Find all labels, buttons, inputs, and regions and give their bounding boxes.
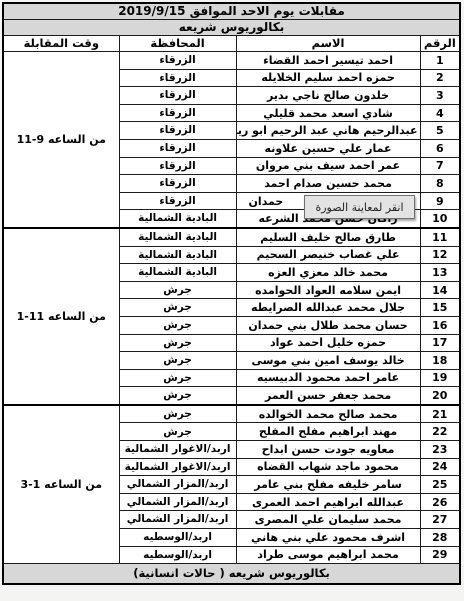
interview-schedule-table: مقابلات يوم الاحد الموافق 2019/9/15 بكال… — [2, 2, 461, 585]
applicant-name: محمد جعفر حسن العمر — [236, 387, 420, 405]
governorate: جرش — [119, 334, 236, 352]
row-number: 6 — [420, 139, 460, 157]
governorate: البادية الشمالية — [119, 246, 236, 264]
governorate: الزرقاء — [119, 87, 236, 105]
governorate: جرش — [119, 423, 236, 441]
time-slot: من الساعه 1‎-‎11 — [3, 228, 119, 405]
column-header-number: الرقم — [420, 36, 460, 52]
document-subtitle: بكالوريوس شريعه — [3, 20, 460, 36]
applicant-name: حمزه خليل احمد عواد — [236, 334, 420, 352]
governorate: جرش — [119, 299, 236, 317]
time-slot: من الساعه 3‎-‎1 — [3, 405, 119, 564]
row-number: 25 — [420, 476, 460, 494]
row-number: 29 — [420, 546, 460, 564]
governorate: جرش — [119, 405, 236, 423]
governorate: البادية الشمالية — [119, 210, 236, 228]
applicant-name: اشرف محمود علي بني هاني — [236, 529, 420, 547]
image-preview-tooltip: انقر لمعاينة الصورة — [304, 195, 415, 219]
applicant-name: عمار علي حسين علاونه — [236, 139, 420, 157]
applicant-name: عبدالرحيم هاني عبد الرحيم ابو ريده — [236, 122, 420, 140]
row-number: 2 — [420, 69, 460, 87]
governorate: الزرقاء — [119, 157, 236, 175]
row-number: 10 — [420, 210, 460, 228]
row-number: 26 — [420, 493, 460, 511]
table-row: 1احمد تيسير احمد القضاءالزرقاءمن الساعه … — [3, 52, 460, 70]
governorate: الزرقاء — [119, 122, 236, 140]
applicant-name: شادي اسعد محمد قليلي — [236, 104, 420, 122]
applicant-name: احمد تيسير احمد القضاء — [236, 52, 420, 70]
governorate: البادية الشمالية — [119, 264, 236, 282]
column-header-time: وقت المقابلة — [3, 36, 119, 52]
row-number: 20 — [420, 387, 460, 405]
governorate: الزرقاء — [119, 104, 236, 122]
governorate: جرش — [119, 281, 236, 299]
applicant-name: خالد يوسف امين بني موسى — [236, 352, 420, 370]
footer-row: بكالوريوس شريعه ( حالات انسانية) — [3, 564, 460, 585]
row-number: 28 — [420, 529, 460, 547]
applicant-name: خلدون صالح ناجي بدير — [236, 87, 420, 105]
schedule-document-image[interactable]: مقابلات يوم الاحد الموافق 2019/9/15 بكال… — [2, 2, 461, 585]
applicant-name: حمزه احمد سليم الخلايله — [236, 69, 420, 87]
row-number: 12 — [420, 246, 460, 264]
applicant-name: محمد خالد معزي العزه — [236, 264, 420, 282]
governorate: الزرقاء — [119, 192, 236, 210]
row-number: 24 — [420, 458, 460, 476]
governorate: الزرقاء — [119, 69, 236, 87]
table-row: 11طارق صالح خليف السليمالبادية الشماليةم… — [3, 228, 460, 246]
row-number: 21 — [420, 405, 460, 423]
applicant-name: حسان محمد طلال بني حمدان — [236, 316, 420, 334]
governorate: جرش — [119, 387, 236, 405]
column-header-row: الرقم الاسم المحافظة وقت المقابلة — [3, 36, 460, 52]
row-number: 8 — [420, 175, 460, 193]
row-number: 16 — [420, 316, 460, 334]
row-number: 3 — [420, 87, 460, 105]
applicant-name: محمد صالح محمد الخوالده — [236, 405, 420, 423]
row-number: 11 — [420, 228, 460, 246]
applicant-name: محمد حسين صدام احمد — [236, 175, 420, 193]
governorate: جرش — [119, 369, 236, 387]
applicant-name: محمد ابراهيم موسى طراد — [236, 546, 420, 564]
subtitle-row: بكالوريوس شريعه — [3, 20, 460, 36]
governorate: البادية الشمالية — [119, 228, 236, 246]
governorate: الزرقاء — [119, 139, 236, 157]
governorate: اربد/الاغوار الشمالية — [119, 458, 236, 476]
applicant-name: عبدالله ابراهيم احمد العمرى — [236, 493, 420, 511]
governorate: اربد/المزار الشمالي — [119, 476, 236, 494]
applicant-name: محمود ماجد شهاب القضاه — [236, 458, 420, 476]
row-number: 5 — [420, 122, 460, 140]
governorate: جرش — [119, 316, 236, 334]
row-number: 23 — [420, 441, 460, 459]
document-title: مقابلات يوم الاحد الموافق 2019/9/15 — [3, 3, 460, 20]
governorate: اربد/الوسطيه — [119, 529, 236, 547]
time-slot: من الساعه 11‎-‎9 — [3, 52, 119, 228]
row-number: 19 — [420, 369, 460, 387]
table-row: 21محمد صالح محمد الخوالدهجرشمن الساعه 3‎… — [3, 405, 460, 423]
row-number: 13 — [420, 264, 460, 282]
applicant-name: مهند ابراهيم مفلح المفلح — [236, 423, 420, 441]
governorate: اربد/المزار الشمالي — [119, 493, 236, 511]
row-number: 7 — [420, 157, 460, 175]
governorate: الزرقاء — [119, 52, 236, 70]
applicant-name: محمد سليمان علي المصرى — [236, 511, 420, 529]
row-number: 18 — [420, 352, 460, 370]
applicant-name: عامر احمد محمود الدبيسيه — [236, 369, 420, 387]
row-number: 15 — [420, 299, 460, 317]
applicant-name: سامر خليفه مفلح بني عامر — [236, 476, 420, 494]
title-row: مقابلات يوم الاحد الموافق 2019/9/15 — [3, 3, 460, 20]
governorate: اربد/الاغوار الشمالية — [119, 441, 236, 459]
row-number: 27 — [420, 511, 460, 529]
column-header-governorate: المحافظة — [119, 36, 236, 52]
applicant-name: جلال محمد عبدالله الصرايطه — [236, 299, 420, 317]
tooltip-text: انقر لمعاينة الصورة — [315, 201, 403, 214]
row-number: 17 — [420, 334, 460, 352]
applicant-name: علي غصاب خنيصر السحيم — [236, 246, 420, 264]
governorate: اربد/المزار الشمالي — [119, 511, 236, 529]
row-number: 14 — [420, 281, 460, 299]
governorate: جرش — [119, 352, 236, 370]
governorate: اربد/الوسطيه — [119, 546, 236, 564]
column-header-name: الاسم — [236, 36, 420, 52]
row-number: 22 — [420, 423, 460, 441]
applicant-name: معاويه جودت حسن ابداح — [236, 441, 420, 459]
governorate: الزرقاء — [119, 175, 236, 193]
row-number: 4 — [420, 104, 460, 122]
row-number: 9 — [420, 192, 460, 210]
applicant-name: عمر احمد سيف بني مروان — [236, 157, 420, 175]
row-number: 1 — [420, 52, 460, 70]
applicant-name: طارق صالح خليف السليم — [236, 228, 420, 246]
document-footer: بكالوريوس شريعه ( حالات انسانية) — [3, 564, 460, 585]
applicant-name: ايمن سلامه العواد الحوامده — [236, 281, 420, 299]
